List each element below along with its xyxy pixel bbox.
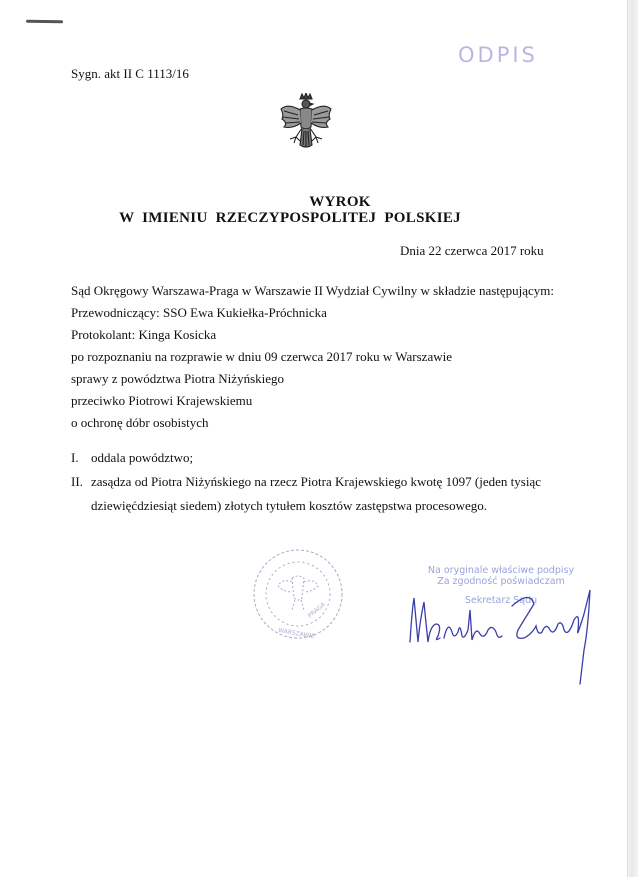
clerk-line: Protokolant: Kinga Kosicka — [71, 324, 554, 346]
subject-line: o ochronę dóbr osobistych — [71, 412, 554, 434]
scan-edge — [627, 0, 638, 877]
court-line: Sąd Okręgowy Warszawa-Praga w Warszawie … — [71, 280, 554, 302]
defendant-line: przeciwko Piotrowi Krajewskiemu — [71, 390, 554, 412]
court-seal-icon: PRAGA WARSZAWIE — [252, 548, 344, 640]
verdict-item-text: zasądza od Piotra Niżyńskiego na rzecz P… — [91, 470, 541, 518]
verdict-item-number: II. — [71, 470, 91, 518]
verdict-item-number: I. — [71, 446, 91, 470]
judgment-date: Dnia 22 czerwca 2017 roku — [400, 243, 544, 259]
judgment-subtitle: W IMIENIU RZECZYPOSPOLITEJ POLSKIEJ — [0, 210, 580, 227]
case-number: Sygn. akt II C 1113/16 — [71, 66, 189, 82]
verdict-list: I. oddala powództwo; II. zasądza od Piot… — [71, 446, 541, 518]
presiding-judge-line: Przewodniczący: SSO Ewa Kukiełka-Próchni… — [71, 302, 554, 324]
verdict-item: I. oddala powództwo; — [71, 446, 541, 470]
svg-text:PRAGA: PRAGA — [307, 601, 328, 620]
hearing-line: po rozpoznaniu na rozprawie w dniu 09 cz… — [71, 346, 554, 368]
top-pen-mark — [26, 20, 63, 24]
verdict-item: II. zasądza od Piotra Niżyńskiego na rze… — [71, 470, 541, 518]
plaintiff-line: sprawy z powództwa Piotra Niżyńskiego — [71, 368, 554, 390]
court-composition: Sąd Okręgowy Warszawa-Praga w Warszawie … — [71, 280, 554, 434]
certification-line-1: Na oryginale właściwe podpisy — [406, 565, 596, 576]
eagle-emblem-icon — [278, 93, 334, 151]
verdict-item-text: oddala powództwo; — [91, 446, 193, 470]
signature-icon — [404, 580, 604, 690]
document-page: ODPIS Sygn. akt II C 1113/16 WYROK W IMI… — [0, 0, 638, 877]
copy-stamp: ODPIS — [458, 43, 538, 67]
judgment-title: WYROK — [45, 194, 635, 211]
